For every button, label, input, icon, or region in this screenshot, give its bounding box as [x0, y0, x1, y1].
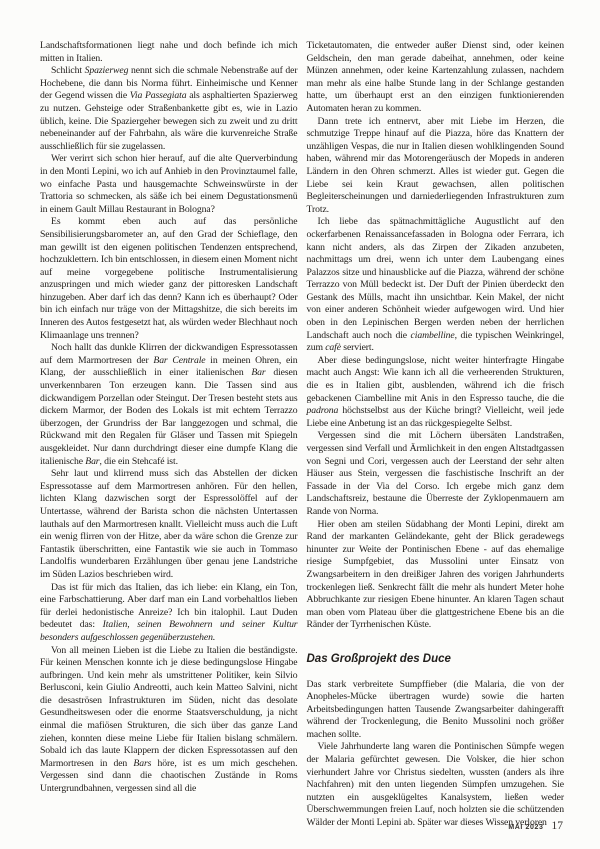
italic-text-run: Spazierweg — [85, 65, 129, 76]
paragraph: Das stark verbreitete Sumpffieber (die M… — [307, 679, 565, 742]
text-run: Wer verirrt sich schon hier herauf, auf … — [40, 153, 298, 214]
text-run: Schlicht — [51, 65, 85, 76]
italic-text-run: Bar Centrale — [153, 355, 205, 366]
magazine-page: Landschaftsformationen liegt nahe und do… — [0, 0, 600, 849]
section-heading: Das Großprojekt des Duce — [307, 653, 565, 666]
footer-issue-label: MAI 2023 — [508, 824, 543, 831]
paragraph: Viele Jahrhunderte lang waren die Pontin… — [307, 741, 565, 829]
paragraph: Ich liebe das spätnachmittägliche August… — [307, 216, 565, 355]
text-run: Das stark verbreitete Sumpffieber (die M… — [307, 679, 565, 740]
paragraph: Es kommt eben auch auf das persönliche S… — [40, 216, 298, 342]
italic-text-run: Bars — [133, 758, 151, 769]
text-run: Sehr laut und klirrend muss sich das Abs… — [40, 468, 298, 580]
text-run: Viele Jahrhunderte lang waren die Pontin… — [307, 741, 565, 828]
text-column-left: Landschaftsformationen liegt nahe und do… — [40, 40, 298, 830]
paragraph: Das ist für mich das Italien, das ich li… — [40, 582, 298, 645]
text-run: Ich liebe das spätnachmittägliche August… — [307, 216, 565, 340]
text-run: Ticketautomaten, die entweder außer Dien… — [307, 40, 565, 114]
text-run: Von all meinen Lieben ist die Liebe zu I… — [40, 645, 298, 769]
italic-text-run: padrona — [307, 405, 339, 416]
article-body: Landschaftsformationen liegt nahe und do… — [40, 40, 564, 830]
paragraph: Noch hallt das dunkle Klirren der dickwa… — [40, 342, 298, 468]
text-column-right: Ticketautomaten, die entweder außer Dien… — [307, 40, 565, 830]
text-run: Vergessen sind die mit Löchern übersäten… — [307, 430, 565, 517]
paragraph: Sehr laut und klirrend muss sich das Abs… — [40, 468, 298, 581]
text-run: Es kommt eben auch auf das persönliche S… — [40, 216, 298, 340]
paragraph: Wer verirrt sich schon hier herauf, auf … — [40, 153, 298, 216]
italic-text-run: ciambelline — [411, 330, 455, 341]
italic-text-run: Bar — [251, 367, 265, 378]
text-run: Hier oben am steilen Südabhang der Monti… — [307, 519, 565, 631]
paragraph: Landschaftsformationen liegt nahe und do… — [40, 40, 298, 65]
paragraph: Dann trete ich entnervt, aber mit Liebe … — [307, 116, 565, 217]
text-run: diesen unverkennbaren Ton erzeugen kann.… — [40, 367, 298, 466]
paragraph: Vergessen sind die mit Löchern übersäten… — [307, 430, 565, 518]
text-run: höchstselbst aus der Küche bringt? Viell… — [307, 405, 565, 429]
paragraph: Schlicht Spazierweg nennt sich die schma… — [40, 65, 298, 153]
italic-text-run: cafè — [325, 342, 341, 353]
paragraph: Ticketautomaten, die entweder außer Dien… — [307, 40, 565, 116]
text-run: Dann trete ich entnervt, aber mit Liebe … — [307, 116, 565, 215]
italic-text-run: Bar — [85, 456, 99, 467]
page-footer: MAI 2023 17 — [508, 820, 563, 832]
text-run: serviert. — [341, 342, 374, 353]
paragraph: Von all meinen Lieben ist die Liebe zu I… — [40, 645, 298, 796]
italic-text-run: Via Passegiata — [130, 90, 187, 101]
footer-page-number: 17 — [552, 820, 564, 832]
paragraph: Aber diese bedingungslose, nicht weiter … — [307, 355, 565, 431]
text-run: Landschaftsformationen liegt nahe und do… — [40, 40, 298, 64]
text-run: Aber diese bedingungslose, nicht weiter … — [307, 355, 565, 404]
paragraph: Hier oben am steilen Südabhang der Monti… — [307, 519, 565, 632]
text-run: , die ein Stehcafé ist. — [99, 456, 177, 467]
